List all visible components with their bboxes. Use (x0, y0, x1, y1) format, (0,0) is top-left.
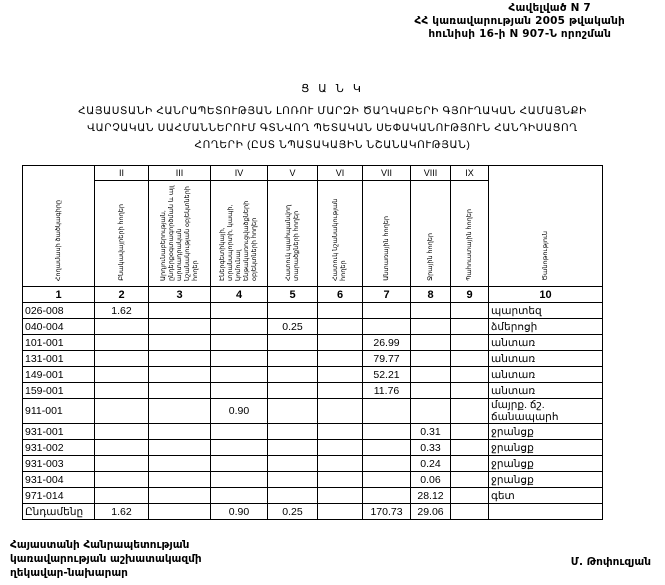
cell-c7: 52.21 (363, 367, 411, 383)
cell-c3 (149, 367, 211, 383)
cell-c3 (149, 383, 211, 399)
appendix-number: Հավելված N 7 (414, 2, 625, 15)
cell-note: անտառ (489, 383, 603, 399)
cell-note: գետ (489, 488, 603, 504)
title-line-2: ՎԱՐՉԱԿԱՆ ՍԱՀՄԱՆՆԵՐՈՒՄ ԳՏՆՎՈՂ ՊԵՏԱԿԱՆ ՍԵՓ… (0, 120, 665, 137)
cell-c3 (149, 319, 211, 335)
cell-c2 (95, 351, 149, 367)
cell-c9 (451, 335, 489, 351)
cell-c2 (95, 440, 149, 456)
cell-code: 040-004 (23, 319, 95, 335)
signatory-line-1: Հայաստանի Հանրապետության (10, 538, 202, 552)
cell-c6 (318, 424, 363, 440)
cell-note: ջրանցք (489, 424, 603, 440)
cell-c4 (211, 351, 268, 367)
table-row: 931-0010.31ջրանցք (23, 424, 603, 440)
cell-c6 (318, 399, 363, 424)
cell-c8 (411, 399, 451, 424)
cell-c9 (451, 303, 489, 319)
cell-c9 (451, 472, 489, 488)
cell-c4 (211, 456, 268, 472)
cell-note: անտառ (489, 367, 603, 383)
cell-c5 (268, 335, 318, 351)
table-row: 971-01428.12գետ (23, 488, 603, 504)
header-industry: Արդյունաբերության, ընդերքօգտագործման և ա… (149, 181, 211, 287)
col-num: 10 (489, 287, 603, 303)
table-row: 149-00152.21անտառ (23, 367, 603, 383)
document-title: Ց Ա Ն Կ ՀԱՅԱՍՏԱՆԻ ՀԱՆՐԱՊԵՏՈՒԹՅԱՆ ԼՈՌՈՒ Մ… (0, 82, 665, 154)
cell-c3 (149, 303, 211, 319)
cell-c6 (318, 504, 363, 520)
cell-c9 (451, 319, 489, 335)
cell-c8: 0.31 (411, 424, 451, 440)
cell-c9 (451, 367, 489, 383)
col-num: 3 (149, 287, 211, 303)
appendix-date: հունիսի 16-ի N 907-Ն որոշման (414, 28, 625, 41)
cell-c2 (95, 456, 149, 472)
cell-c8: 28.12 (411, 488, 451, 504)
cell-c3 (149, 440, 211, 456)
cell-c9 (451, 440, 489, 456)
cell-c8: 0.06 (411, 472, 451, 488)
col-num: 9 (451, 287, 489, 303)
cell-c2 (95, 335, 149, 351)
cell-c8 (411, 335, 451, 351)
header-protected: Հատուկ պահպանվող տարածքների հողեր (268, 181, 318, 287)
cell-c6 (318, 440, 363, 456)
cell-c6 (318, 351, 363, 367)
cell-note (489, 504, 603, 520)
cell-c3 (149, 488, 211, 504)
cell-c8 (411, 383, 451, 399)
col-num: 1 (23, 287, 95, 303)
cell-code: 101-001 (23, 335, 95, 351)
cell-c6 (318, 488, 363, 504)
table-row: 040-0040.25ձմերոցի (23, 319, 603, 335)
title-line-1: ՀԱՅԱՍՏԱՆԻ ՀԱՆՐԱՊԵՏՈՒԹՅԱՆ ԼՈՌՈՒ ՄԱՐԶԻ ԾԱՂ… (0, 103, 665, 120)
cell-code: Ընդամենը (23, 504, 95, 520)
cell-c4 (211, 303, 268, 319)
cell-c4 (211, 440, 268, 456)
cell-code: 931-003 (23, 456, 95, 472)
table-row: 159-00111.76անտառ (23, 383, 603, 399)
cell-c2 (95, 424, 149, 440)
cell-c6 (318, 303, 363, 319)
cell-c5 (268, 303, 318, 319)
cell-c7 (363, 456, 411, 472)
cell-c7: 79.77 (363, 351, 411, 367)
cell-code: 131-001 (23, 351, 95, 367)
cell-c5 (268, 440, 318, 456)
roman-5: V (268, 166, 318, 181)
cell-code: 971-014 (23, 488, 95, 504)
cell-c2 (95, 488, 149, 504)
signatory-line-3: ղեկավար-նախարար (10, 566, 202, 580)
cell-c4 (211, 488, 268, 504)
cell-c8: 0.24 (411, 456, 451, 472)
col-num: 6 (318, 287, 363, 303)
appendix-decision: ՀՀ կառավարության 2005 թվականի (414, 15, 625, 28)
cell-c4 (211, 319, 268, 335)
cell-c3 (149, 351, 211, 367)
cell-c4: 0.90 (211, 399, 268, 424)
col-num: 2 (95, 287, 149, 303)
cell-c8 (411, 367, 451, 383)
cell-note: ջրանցք (489, 472, 603, 488)
cell-c2 (95, 319, 149, 335)
cell-c3 (149, 456, 211, 472)
roman-8: VIII (411, 166, 451, 181)
cell-c7 (363, 440, 411, 456)
table-row: 911-0010.90մայրք. ճշ. ճանապարհ (23, 399, 603, 424)
cell-code: 931-002 (23, 440, 95, 456)
appendix-reference: Հավելված N 7 ՀՀ կառավարության 2005 թվակա… (414, 2, 625, 41)
cell-c5 (268, 472, 318, 488)
cell-c6 (318, 456, 363, 472)
cell-c5 (268, 424, 318, 440)
table-row: 026-0081.62պարտեզ (23, 303, 603, 319)
cell-note: անտառ (489, 335, 603, 351)
cell-note: ջրանցք (489, 456, 603, 472)
col-num: 7 (363, 287, 411, 303)
header-water: Ջրային հողեր (411, 181, 451, 287)
header-reserve: Պահուստային հողեր (451, 181, 489, 287)
table-row: 101-00126.99անտառ (23, 335, 603, 351)
cell-c6 (318, 383, 363, 399)
col-num: 5 (268, 287, 318, 303)
cell-c7 (363, 472, 411, 488)
cell-note: մայրք. ճշ. ճանապարհ (489, 399, 603, 424)
cell-c9 (451, 383, 489, 399)
cell-c9 (451, 456, 489, 472)
cell-c3 (149, 335, 211, 351)
cell-c6 (318, 367, 363, 383)
cell-c8 (411, 351, 451, 367)
roman-4: IV (211, 166, 268, 181)
roman-2: II (95, 166, 149, 181)
table-row: 931-0020.33ջրանցք (23, 440, 603, 456)
header-energy: Էներգետիկայի, տրանսպորտի, կապի, կոմունալ… (211, 181, 268, 287)
cell-c9 (451, 351, 489, 367)
cell-c8 (411, 319, 451, 335)
land-table: Հողամասի ծածկագիրը II III IV V VI VII VI… (22, 165, 603, 520)
cell-c4 (211, 424, 268, 440)
cell-code: 911-001 (23, 399, 95, 424)
header-special: Հատուկ նշանակության հողեր (318, 181, 363, 287)
cell-c8: 29.06 (411, 504, 451, 520)
cell-code: 931-004 (23, 472, 95, 488)
cell-c4 (211, 335, 268, 351)
header-forest: Անտառային հողեր (363, 181, 411, 287)
cell-c7: 26.99 (363, 335, 411, 351)
roman-3: III (149, 166, 211, 181)
cell-c9 (451, 399, 489, 424)
table-row: 931-0030.24ջրանցք (23, 456, 603, 472)
cell-c5 (268, 488, 318, 504)
cell-c4 (211, 383, 268, 399)
cell-c2: 1.62 (95, 303, 149, 319)
cell-c2 (95, 399, 149, 424)
cell-c4: 0.90 (211, 504, 268, 520)
title-list: Ց Ա Ն Կ (0, 82, 665, 95)
cell-c5: 0.25 (268, 504, 318, 520)
signatory-name: Մ. Թոփուզյան (571, 556, 651, 568)
cell-c2 (95, 472, 149, 488)
cell-c2 (95, 383, 149, 399)
header-note: Ծանոթություն (489, 166, 603, 287)
cell-c7: 11.76 (363, 383, 411, 399)
roman-9: IX (451, 166, 489, 181)
header-code: Հողամասի ծածկագիրը (23, 166, 95, 287)
cell-c7 (363, 319, 411, 335)
cell-c5 (268, 367, 318, 383)
cell-c4 (211, 472, 268, 488)
cell-c9 (451, 488, 489, 504)
cell-code: 026-008 (23, 303, 95, 319)
cell-c6 (318, 335, 363, 351)
cell-c6 (318, 472, 363, 488)
title-line-3: ՀՈՂԵՐԻ (ԸՍՏ ՆՊԱՏԱԿԱՅԻՆ ՆՇԱՆԱԿՈՒԹՅԱՆ) (0, 137, 665, 154)
cell-c5 (268, 383, 318, 399)
table-row: 931-0040.06ջրանցք (23, 472, 603, 488)
column-number-row: 1 2 3 4 5 6 7 8 9 10 (23, 287, 603, 303)
cell-c7 (363, 424, 411, 440)
cell-c9 (451, 424, 489, 440)
cell-c7 (363, 303, 411, 319)
roman-7: VII (363, 166, 411, 181)
table-row: 131-00179.77անտառ (23, 351, 603, 367)
roman-6: VI (318, 166, 363, 181)
cell-note: ջրանցք (489, 440, 603, 456)
cell-c8: 0.33 (411, 440, 451, 456)
cell-c3 (149, 399, 211, 424)
cell-c6 (318, 319, 363, 335)
cell-c3 (149, 472, 211, 488)
total-row: Ընդամենը1.620.900.25170.7329.06 (23, 504, 603, 520)
cell-c7 (363, 399, 411, 424)
cell-code: 149-001 (23, 367, 95, 383)
header-settlement: Բնակավայրերի հողեր (95, 181, 149, 287)
cell-c5 (268, 456, 318, 472)
cell-note: ձմերոցի (489, 319, 603, 335)
col-num: 8 (411, 287, 451, 303)
cell-c8 (411, 303, 451, 319)
cell-c3 (149, 424, 211, 440)
cell-c2: 1.62 (95, 504, 149, 520)
cell-c2 (95, 367, 149, 383)
cell-c5: 0.25 (268, 319, 318, 335)
cell-c4 (211, 367, 268, 383)
signatory-title: Հայաստանի Հանրապետության կառավարության ա… (10, 538, 202, 580)
cell-code: 931-001 (23, 424, 95, 440)
cell-c9 (451, 504, 489, 520)
cell-c5 (268, 399, 318, 424)
cell-c7 (363, 488, 411, 504)
cell-c3 (149, 504, 211, 520)
cell-code: 159-001 (23, 383, 95, 399)
cell-c7: 170.73 (363, 504, 411, 520)
cell-c5 (268, 351, 318, 367)
col-num: 4 (211, 287, 268, 303)
cell-note: անտառ (489, 351, 603, 367)
signatory-line-2: կառավարության աշխատակազմի (10, 552, 202, 566)
cell-note: պարտեզ (489, 303, 603, 319)
